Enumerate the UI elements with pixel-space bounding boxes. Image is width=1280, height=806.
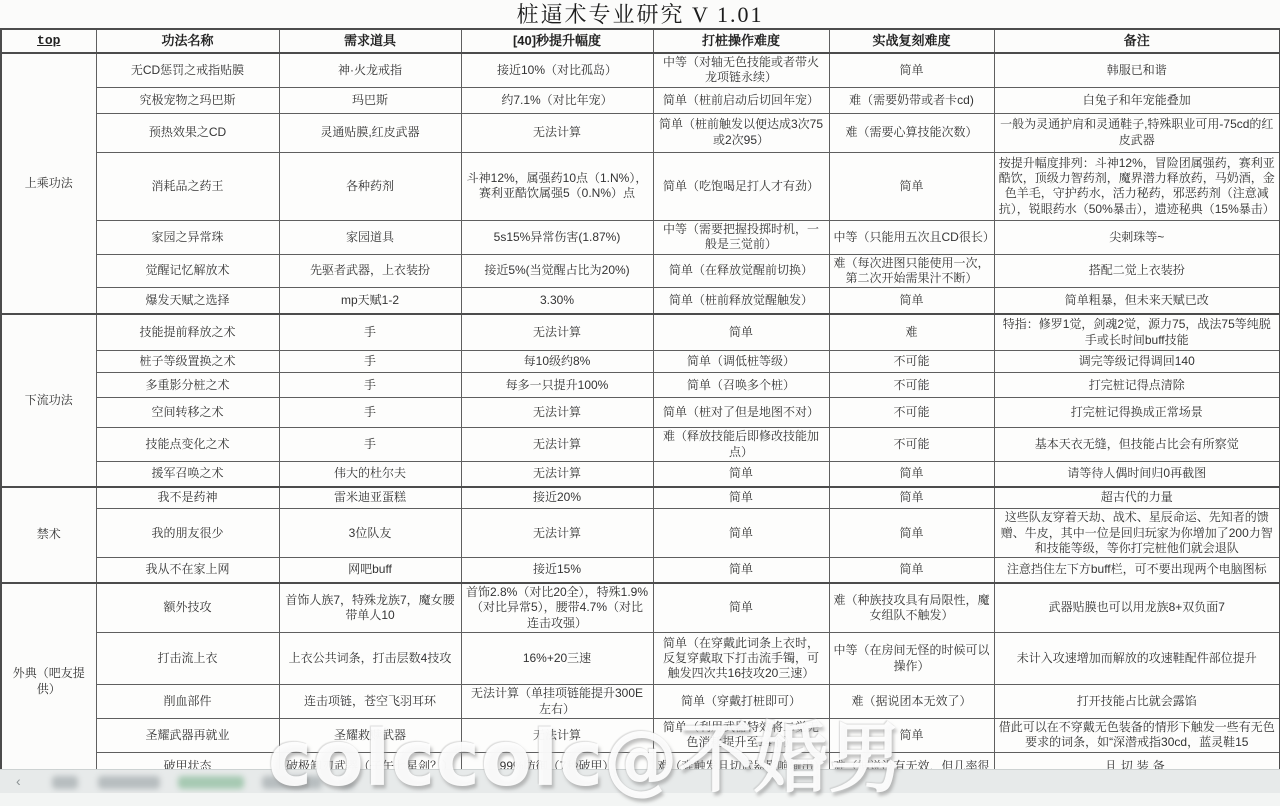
cell-required-items: 圣耀救赎武器 [279,718,461,752]
cell-skill-name: 消耗品之药王 [96,152,279,220]
cell-boost-amount: 首饰2.8%（对比20全），特殊1.9%（对比异常5），腰带4.7%（对比连击攻… [461,583,653,633]
table-row: 爆发天赋之选择mp天赋1-23.30%简单（桩前释放觉醒触发）简单简单粗暴，但未… [1,288,1280,314]
header-skill-name: 功法名称 [96,29,279,53]
cell-boost-amount: 3.30% [461,288,653,314]
cell-remark: 注意挡住左下方buff栏，可不要出现两个电脑图标 [994,558,1280,583]
table-row: 究极宠物之玛巴斯玛巴斯约7.1%（对比年宠）简单（桩前启动后切回年宠）难（需要奶… [1,87,1280,113]
cell-boost-amount: 无法计算 [461,462,653,487]
cell-real-difficulty: 简单 [829,53,994,87]
cell-skill-name: 打击流上衣 [96,633,279,685]
sheet-tab-bar: ‹ [0,769,1280,794]
cell-remark: 特指：修罗1觉，剑魂2觉，源力75，战法75等纯脱手或长时间buff技能 [994,314,1280,351]
cell-pile-difficulty: 简单（在穿戴此词条上衣时，反复穿戴取下打击流手镯，可触发四次共16技攻20三速） [653,633,829,685]
cell-pile-difficulty: 简单 [653,558,829,583]
cell-boost-amount: 每多一只提升100% [461,373,653,398]
group-label: 下流功法 [1,314,96,487]
cell-required-items: 玛巴斯 [279,87,461,113]
cell-boost-amount: 无法计算（单挂项链能提升300E左右） [461,685,653,719]
table-row: 桩子等级置换之术手每10级约8%简单（调低桩等级）不可能调完等级记得调回140 [1,351,1280,373]
cell-required-items: 各种药剂 [279,152,461,220]
cell-skill-name: 我的朋友很少 [96,509,279,558]
cell-real-difficulty: 简单 [829,509,994,558]
header-required-items: 需求道具 [279,29,461,53]
cell-pile-difficulty: 简单（利用武器特效将二觉无色消耗提升至14个） [653,718,829,752]
cell-remark: 白兔子和年宠能叠加 [994,87,1280,113]
cell-skill-name: 我不是药神 [96,487,279,509]
cell-pile-difficulty: 简单（在释放觉醒前切换） [653,254,829,288]
cell-skill-name: 额外技攻 [96,583,279,633]
cell-real-difficulty: 中等（在房间无怪的时候可以操作） [829,633,994,685]
cell-remark: 超古代的力量 [994,487,1280,509]
cell-remark: 按提升幅度排列：斗神12%，冒险团属强药，赛利亚酷饮，顶级力智药剂，魔界潜力释放… [994,152,1280,220]
cell-real-difficulty: 不可能 [829,428,994,462]
cell-real-difficulty: 简单 [829,462,994,487]
table-row: 外典（吧友提供）额外技攻首饰人族7，特殊龙族7，魔女腰带单人10首饰2.8%（对… [1,583,1280,633]
cell-real-difficulty: 不可能 [829,373,994,398]
sheet-tab[interactable] [98,776,160,789]
cell-real-difficulty: 难（每次进图只能使用一次，第二次开始需果汁不断） [829,254,994,288]
cell-boost-amount: 无法计算 [461,113,653,152]
table-body: 上乘功法无CD惩罚之戒指贴膜神·火龙戒指接近10%（对比孤岛）中等（对轴无色技能… [1,53,1280,780]
cell-boost-amount: 约7.1%（对比年宠） [461,87,653,113]
cell-required-items: 连击项链，苍空飞羽耳环 [279,685,461,719]
group-label: 禁术 [1,487,96,583]
cell-required-items: 灵通贴膜,红皮武器 [279,113,461,152]
table-row: 上乘功法无CD惩罚之戒指贴膜神·火龙戒指接近10%（对比孤岛）中等（对轴无色技能… [1,53,1280,87]
spreadsheet-screenshot: { "title": "桩逼术专业研究 V 1.01", "table": { … [0,0,1280,806]
cell-remark: 搭配二觉上衣装扮 [994,254,1280,288]
cell-remark: 打开技能占比就会露馅 [994,685,1280,719]
cell-pile-difficulty: 简单 [653,583,829,633]
cell-skill-name: 预热效果之CD [96,113,279,152]
cell-real-difficulty: 难（据说团本无效了） [829,685,994,719]
cell-required-items: 手 [279,373,461,398]
cell-skill-name: 削血部件 [96,685,279,719]
header-boost-amount: [40]秒提升幅度 [461,29,653,53]
cell-remark: 尖刺珠等~ [994,220,1280,254]
cell-boost-amount: 无法计算 [461,509,653,558]
sheet-tab[interactable] [52,776,78,789]
cell-required-items: 伟大的杜尔夫 [279,462,461,487]
table-row: 技能点变化之术手无法计算难（释放技能后即修改技能加点）不可能基本天衣无缝，但技能… [1,428,1280,462]
cell-required-items: 网吧buff [279,558,461,583]
cell-remark: 基本天衣无缝，但技能占比会有所察觉 [994,428,1280,462]
cell-skill-name: 桩子等级置换之术 [96,351,279,373]
cell-required-items: 先驱者武器，上衣装扮 [279,254,461,288]
cell-real-difficulty: 难 [829,314,994,351]
cell-pile-difficulty: 简单 [653,314,829,351]
cell-remark: 调完等级记得调回140 [994,351,1280,373]
table-row: 预热效果之CD灵通贴膜,红皮武器无法计算简单（桩前触发以便达成3次75或2次95… [1,113,1280,152]
cell-pile-difficulty: 简单（桩对了但是地图不对） [653,398,829,428]
cell-skill-name: 觉醒记忆解放术 [96,254,279,288]
cell-pile-difficulty: 简单 [653,487,829,509]
cell-pile-difficulty: 简单 [653,509,829,558]
cell-skill-name: 圣耀武器再就业 [96,718,279,752]
table-row: 我从不在家上网网吧buff接近15%简单简单注意挡住左下方buff栏，可不要出现… [1,558,1280,583]
cell-pile-difficulty: 中等（对轴无色技能或者带火龙项链永续） [653,53,829,87]
cell-skill-name: 无CD惩罚之戒指贴膜 [96,53,279,87]
header-real-difficulty: 实战复刻难度 [829,29,994,53]
table-row: 下流功法技能提前释放之术手无法计算简单难特指：修罗1觉，剑魂2觉，源力75，战法… [1,314,1280,351]
cell-required-items: 手 [279,314,461,351]
cell-pile-difficulty: 简单（吃饱喝足打人才有劲） [653,152,829,220]
cell-remark: 请等待人偶时间归0再截图 [994,462,1280,487]
page-title: 桩逼术专业研究 V 1.01 [0,0,1280,28]
cell-boost-amount: 接近10%（对比孤岛） [461,53,653,87]
header-remark: 备注 [994,29,1280,53]
cell-pile-difficulty: 简单（桩前触发以便达成3次75或2次95） [653,113,829,152]
cell-required-items: 手 [279,428,461,462]
cell-boost-amount: 无法计算 [461,428,653,462]
cell-real-difficulty: 简单 [829,718,994,752]
cell-remark: 未计入攻速增加而解放的攻速鞋配件部位提升 [994,633,1280,685]
cell-boost-amount: 接近20% [461,487,653,509]
cell-real-difficulty: 不可能 [829,351,994,373]
cell-boost-amount: 无法计算 [461,314,653,351]
cell-required-items: 手 [279,351,461,373]
cell-remark: 借此可以在不穿戴无色装备的情形下触发一些有无色要求的词条，如“深潜戒指30cd，… [994,718,1280,752]
cell-required-items: 雷米迪亚蛋糕 [279,487,461,509]
cell-pile-difficulty: 简单（桩前启动后切回年宠） [653,87,829,113]
cell-pile-difficulty: 难（释放技能后即修改技能加点） [653,428,829,462]
cell-pile-difficulty: 简单（召唤多个桩） [653,373,829,398]
sheet-tab-active[interactable] [178,776,244,789]
table-row: 打击流上衣上衣公共词条，打击层数4技攻16%+20三速简单（在穿戴此词条上衣时，… [1,633,1280,685]
table-row: 空间转移之术手无法计算简单（桩对了但是地图不对）不可能打完桩记得换成正常场景 [1,398,1280,428]
table-row: 觉醒记忆解放术先驱者武器，上衣装扮接近5%(当觉醒占比为20%)简单（在释放觉醒… [1,254,1280,288]
cell-boost-amount: 无法计算 [461,398,653,428]
cell-real-difficulty: 难（需要奶带或者卡cd) [829,87,994,113]
table-row: 削血部件连击项链，苍空飞羽耳环无法计算（单挂项链能提升300E左右）简单（穿戴打… [1,685,1280,719]
table-row: 消耗品之药王各种药剂斗神12%，属强药10点（1.N%），赛利亚酷饮属强5（0.… [1,152,1280,220]
cell-required-items: mp天赋1-2 [279,288,461,314]
header-top-link[interactable]: top [1,29,96,53]
cell-remark: 韩服已和谐 [994,53,1280,87]
group-label: 上乘功法 [1,53,96,314]
table-row: 援军召唤之术伟大的杜尔夫无法计算简单简单请等待人偶时间归0再截图 [1,462,1280,487]
cell-required-items: 神·火龙戒指 [279,53,461,87]
cell-skill-name: 空间转移之术 [96,398,279,428]
table-row: 我的朋友很少3位队友无法计算简单简单这些队友穿着天劫、战术、星辰命运、先知者的馈… [1,509,1280,558]
cell-skill-name: 技能提前释放之术 [96,314,279,351]
cell-pile-difficulty: 简单（调低桩等级） [653,351,829,373]
cell-pile-difficulty: 简单 [653,462,829,487]
table-header: top 功法名称 需求道具 [40]秒提升幅度 打桩操作难度 实战复刻难度 备注 [1,29,1280,53]
sheet-nav-left-icon[interactable]: ‹ [16,773,21,789]
cell-real-difficulty: 难（种族技攻具有局限性，魔女组队不触发） [829,583,994,633]
cell-skill-name: 爆发天赋之选择 [96,288,279,314]
header-pile-difficulty: 打桩操作难度 [653,29,829,53]
cell-real-difficulty: 简单 [829,487,994,509]
cell-boost-amount: 接近5%(当觉醒占比为20%) [461,254,653,288]
cell-boost-amount: 接近15% [461,558,653,583]
pile-research-table: top 功法名称 需求道具 [40]秒提升幅度 打桩操作难度 实战复刻难度 备注… [0,28,1280,781]
cell-remark: 简单粗暴，但未来天赋已改 [994,288,1280,314]
cell-remark: 这些队友穿着天劫、战术、星辰命运、先知者的馈赠、牛皮，其中一位是回归玩家为你增加… [994,509,1280,558]
cell-real-difficulty: 不可能 [829,398,994,428]
table-row: 家园之异常珠家园道具5s15%异常伤害(1.87%)中等（需要把握投掷时机，一般… [1,220,1280,254]
cell-remark: 一般为灵通护肩和灵通鞋子,特殊职业可用-75cd的红皮武器 [994,113,1280,152]
cell-remark: 武器贴膜也可以用龙族8+双负面7 [994,583,1280,633]
cell-required-items: 3位队友 [279,509,461,558]
cell-boost-amount: 无法计算 [461,718,653,752]
cell-real-difficulty: 简单 [829,288,994,314]
cell-pile-difficulty: 简单（桩前释放觉醒触发） [653,288,829,314]
cell-boost-amount: 5s15%异常伤害(1.87%) [461,220,653,254]
cell-pile-difficulty: 简单（穿戴打桩即可） [653,685,829,719]
group-label: 外典（吧友提供） [1,583,96,781]
cell-required-items: 上衣公共词条，打击层数4技攻 [279,633,461,685]
sheet-tab[interactable] [262,776,322,789]
cell-skill-name: 究极宠物之玛巴斯 [96,87,279,113]
cell-skill-name: 我从不在家上网 [96,558,279,583]
cell-pile-difficulty: 中等（需要把握投掷时机，一般是三觉前） [653,220,829,254]
sheet-tab[interactable] [340,776,354,789]
cell-required-items: 家园道具 [279,220,461,254]
cell-boost-amount: 16%+20三速 [461,633,653,685]
table-row: 禁术我不是药神雷米迪亚蛋糕接近20%简单简单超古代的力量 [1,487,1280,509]
cell-skill-name: 援军召唤之术 [96,462,279,487]
window-bottom-margin [0,793,1280,806]
cell-real-difficulty: 简单 [829,152,994,220]
cell-boost-amount: 斗神12%，属强药10点（1.N%），赛利亚酷饮属强5（0.N%）点 [461,152,653,220]
table-row: 圣耀武器再就业圣耀救赎武器无法计算简单（利用武器特效将二觉无色消耗提升至14个）… [1,718,1280,752]
cell-required-items: 手 [279,398,461,428]
cell-skill-name: 多重影分桩之术 [96,373,279,398]
cell-skill-name: 技能点变化之术 [96,428,279,462]
cell-real-difficulty: 难（需要心算技能次数） [829,113,994,152]
cell-skill-name: 家园之异常珠 [96,220,279,254]
cell-remark: 打完桩记得换成正常场景 [994,398,1280,428]
table-row: 多重影分桩之术手每多一只提升100%简单（召唤多个桩）不可能打完桩记得点清除 [1,373,1280,398]
cell-real-difficulty: 简单 [829,558,994,583]
cell-boost-amount: 每10级约8% [461,351,653,373]
cell-real-difficulty: 中等（只能用五次且CD很长） [829,220,994,254]
cell-required-items: 首饰人族7，特殊龙族7，魔女腰带单人10 [279,583,461,633]
cell-remark: 打完桩记得点清除 [994,373,1280,398]
